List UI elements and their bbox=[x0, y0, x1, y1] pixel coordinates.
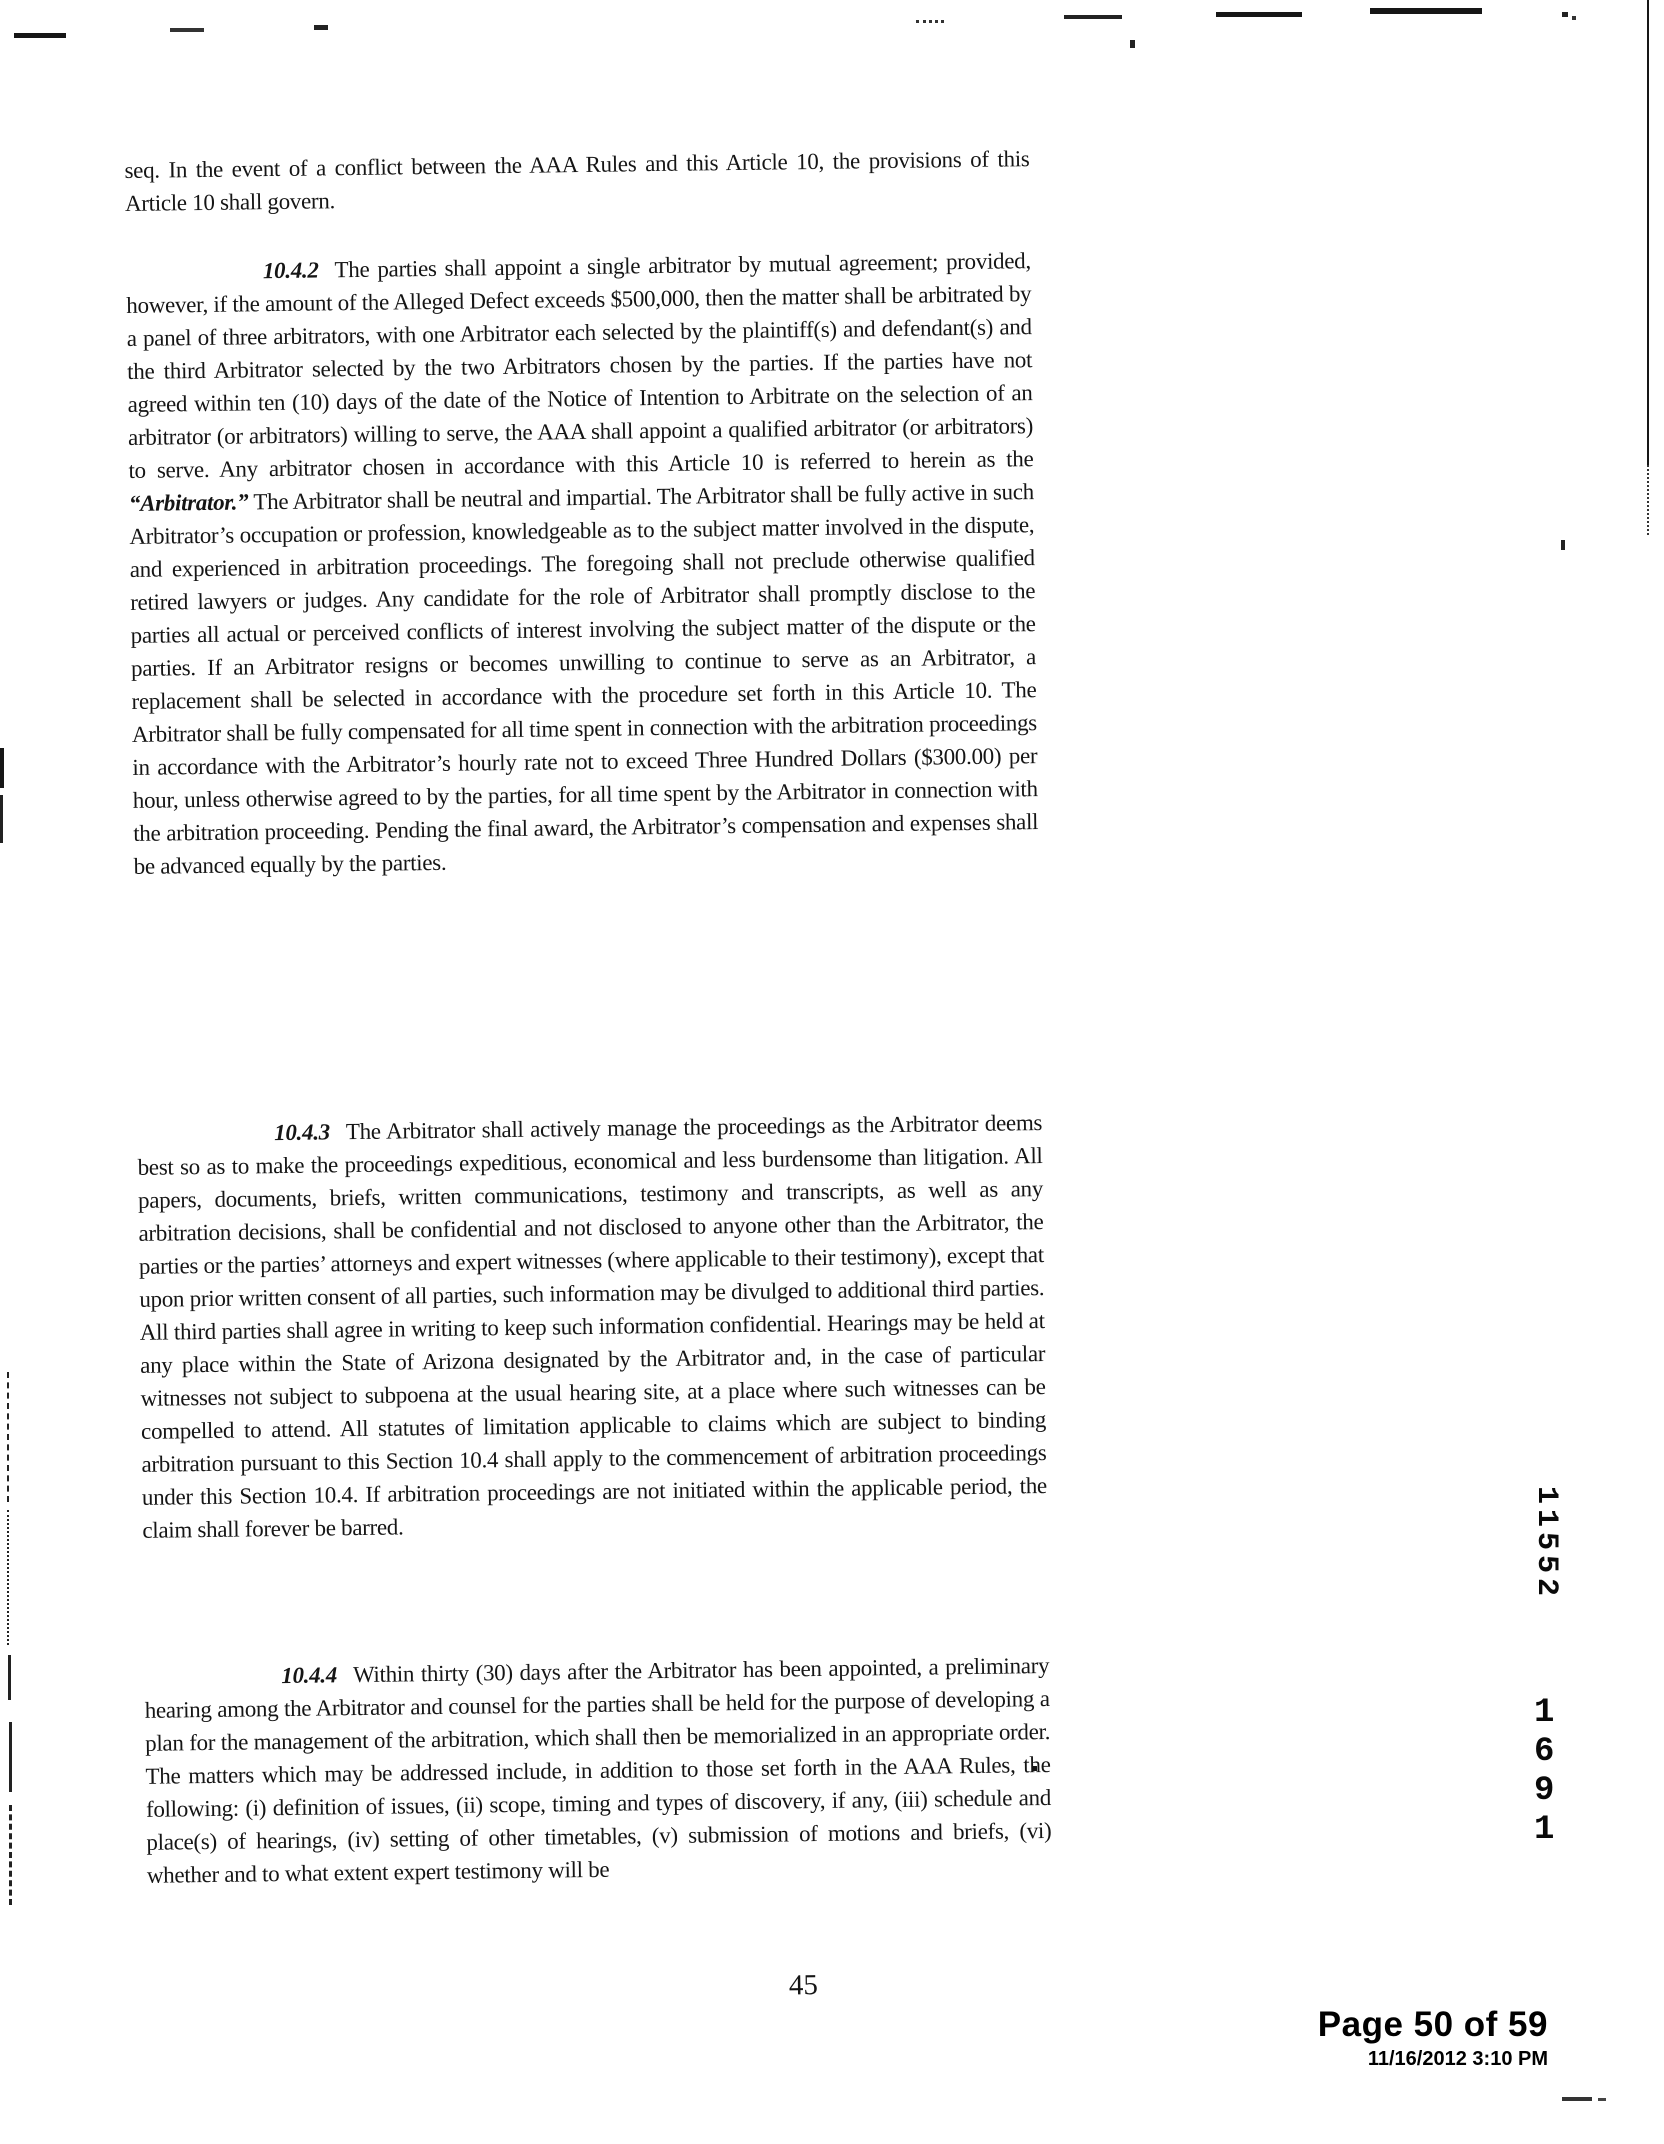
scan-artifact bbox=[1561, 540, 1565, 550]
scanned-document-page: seq. In the event of a conflict between … bbox=[0, 0, 1664, 2144]
recorder-stamp-rotated: 11552 bbox=[1529, 1486, 1563, 1601]
scan-artifact bbox=[0, 795, 3, 843]
scan-artifact bbox=[1598, 2098, 1606, 2101]
scan-artifact bbox=[0, 748, 4, 788]
scan-artifact bbox=[9, 1722, 12, 1792]
footer-page-indicator: Page 50 of 59 bbox=[1318, 2005, 1548, 2045]
recorder-stamp-stacked: 1 6 9 1 bbox=[1534, 1694, 1554, 1850]
scan-artifact bbox=[1562, 12, 1568, 17]
scan-artifact bbox=[1572, 16, 1576, 20]
scan-artifact bbox=[1647, 465, 1649, 535]
scan-artifact bbox=[1647, 0, 1649, 465]
text-segment: The parties shall appoint a single arbit… bbox=[126, 248, 1033, 483]
section-paragraph-10-4-3: 10.4.3The Arbitrator shall actively mana… bbox=[137, 1106, 1048, 1547]
intro-paragraph: seq. In the event of a conflict between … bbox=[124, 142, 1030, 220]
section-body-10-4-4: Within thirty (30) days after the Arbitr… bbox=[145, 1653, 1052, 1888]
footer-timestamp: 11/16/2012 3:10 PM bbox=[1368, 2048, 1548, 2071]
section-number-10-4-4: 10.4.4 bbox=[281, 1662, 337, 1688]
section-paragraph-10-4-4: 10.4.4Within thirty (30) days after the … bbox=[144, 1649, 1052, 1892]
section-paragraph-10-4-2: 10.4.2The parties shall appoint a single… bbox=[126, 244, 1039, 883]
scan-artifact bbox=[8, 1655, 11, 1700]
text-segment: The Arbitrator shall actively manage the… bbox=[137, 1110, 1047, 1543]
text-segment: “Arbitrator.” bbox=[129, 489, 249, 516]
page-number: 45 bbox=[763, 1969, 843, 2003]
text-segment: Within thirty (30) days after the Arbitr… bbox=[145, 1653, 1052, 1888]
scan-artifact bbox=[1216, 12, 1302, 17]
section-body-10-4-3: The Arbitrator shall actively manage the… bbox=[137, 1110, 1047, 1543]
scan-artifact bbox=[1130, 40, 1135, 48]
scan-artifact bbox=[1064, 15, 1122, 19]
section-body-10-4-2: The parties shall appoint a single arbit… bbox=[126, 248, 1038, 879]
scan-artifact bbox=[7, 1510, 9, 1645]
scan-artifact bbox=[14, 33, 66, 38]
text-segment: The Arbitrator shall be neutral and impa… bbox=[129, 479, 1038, 879]
scan-artifact bbox=[1370, 8, 1482, 14]
section-number-10-4-3: 10.4.3 bbox=[274, 1119, 330, 1145]
scan-artifact bbox=[1562, 2097, 1592, 2101]
document-text-block: seq. In the event of a conflict between … bbox=[122, 0, 1055, 2144]
scan-artifact bbox=[9, 1805, 12, 1905]
scan-artifact bbox=[7, 1372, 9, 1502]
section-number-10-4-2: 10.4.2 bbox=[263, 257, 319, 283]
